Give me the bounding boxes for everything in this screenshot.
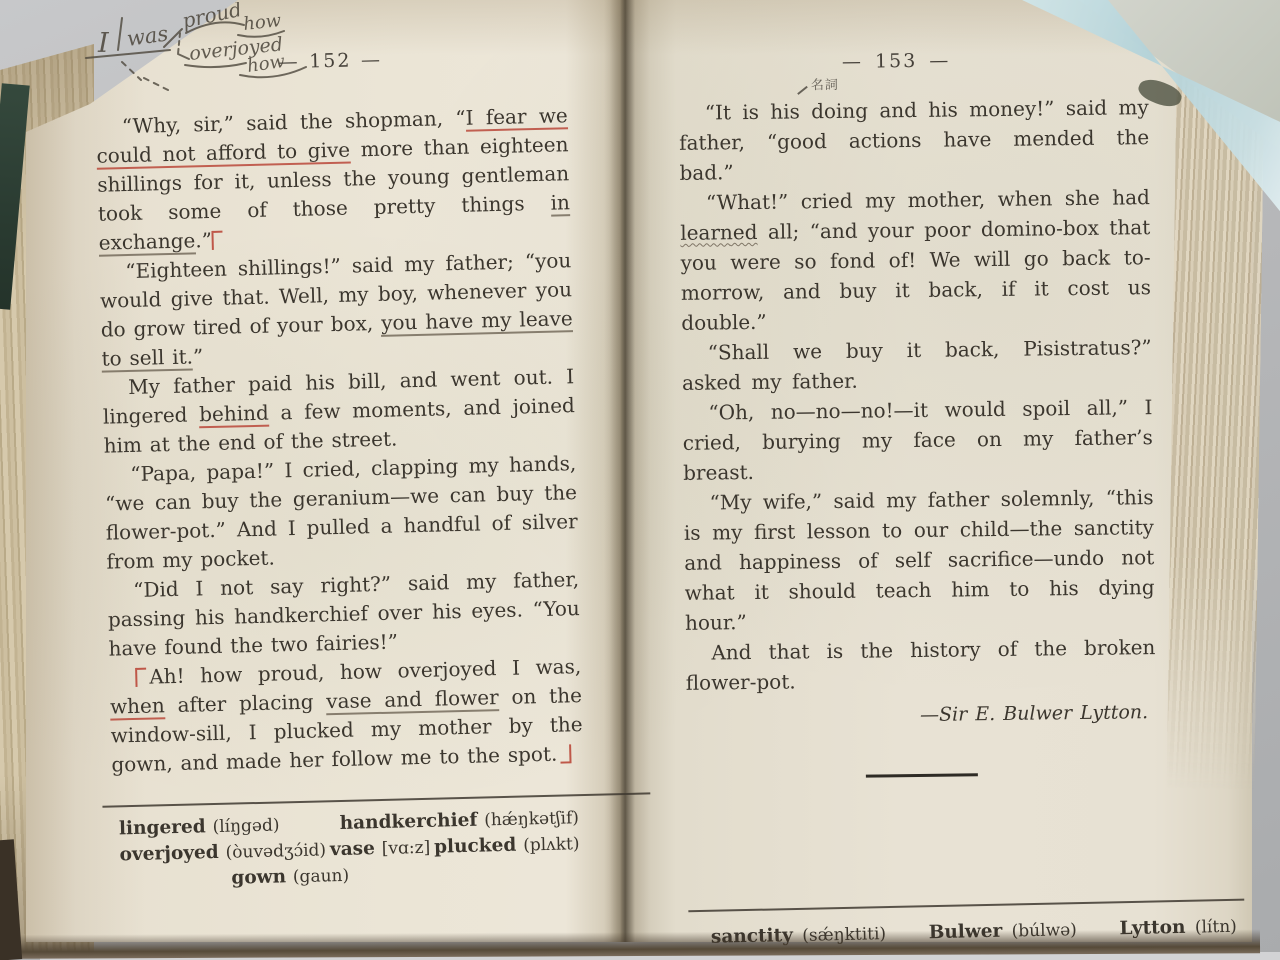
left-page-vocabulary: lingered (líŋgəd)handkerchief (hǽŋkətʃif… bbox=[102, 792, 652, 894]
red-bracket-open bbox=[135, 668, 146, 687]
vocab-word: vase bbox=[330, 838, 375, 860]
diagram-branch-down-dashed bbox=[178, 33, 180, 54]
text-run: “It is his bbox=[705, 99, 812, 124]
diagram-dashed-tail-2 bbox=[144, 78, 168, 90]
vocab-word: overjoyed bbox=[119, 842, 219, 865]
vocab-entry: lingered (líŋgəd) bbox=[119, 812, 280, 842]
paragraph: My father paid his bill, and went out. I… bbox=[102, 362, 576, 461]
diagram-dashed-tail-1 bbox=[122, 62, 141, 80]
vocab-word: plucked bbox=[434, 835, 517, 858]
handwritten-note: 名詞 bbox=[811, 79, 839, 92]
red-bracket-open bbox=[212, 231, 223, 250]
vocab-entry: gown (gaun) bbox=[231, 863, 349, 892]
paragraph: “Oh, no—no—no!—it would spoil all,” I cr… bbox=[682, 392, 1153, 488]
text-run: .” bbox=[195, 228, 212, 252]
paragraph: “Papa, papa!” I cried, clapping my hands… bbox=[104, 449, 579, 576]
diagram-divider-stroke bbox=[118, 18, 122, 50]
vocab-entry: vase [vɑ:z] bbox=[330, 835, 431, 863]
vocab-phonetic: (gaun) bbox=[286, 866, 350, 888]
diagram-branch-bottom-adverb: how bbox=[246, 51, 287, 77]
text-run: “Did I not say right?” said my father, p… bbox=[108, 567, 580, 661]
paragraph: “Shall we buy it back, Pisistratus?” ask… bbox=[682, 332, 1153, 398]
paragraph: “Why, sir,” said the shopman, “I fear we… bbox=[96, 101, 571, 257]
diagram-branch-top-word: proud bbox=[180, 2, 244, 33]
text-run: “Papa, papa!” I cried, clapping my hands… bbox=[105, 451, 578, 573]
vocab-word: lingered bbox=[119, 816, 206, 839]
text-run: “Oh, no—no—no!—it would spoil all,” I cr… bbox=[683, 395, 1153, 485]
paragraph: And that is the history of the broken fl… bbox=[685, 632, 1156, 698]
diagram-branch-down bbox=[178, 54, 189, 59]
vocab-phonetic: (òuvədʒɔ́id) bbox=[218, 840, 326, 863]
book-photo: — 152 — “Why, sir,” said the shopman, “I… bbox=[0, 0, 1280, 960]
marked-text: learned bbox=[680, 220, 758, 245]
marked-text: behind bbox=[199, 401, 269, 429]
marked-text: vase and flower bbox=[326, 685, 499, 715]
paragraph: “Eighteen shillings!” said my father; “y… bbox=[99, 246, 574, 373]
marked-text: doing名詞 bbox=[811, 99, 868, 124]
paragraph: “What!” cried my mother, when she had le… bbox=[680, 182, 1152, 338]
paragraph: “My wife,” said my father solemnly, “thi… bbox=[683, 482, 1155, 638]
vocab-phonetic: [vɑ:z] bbox=[375, 838, 431, 859]
right-page-body: “It is his doing名詞 and his money!” said … bbox=[679, 92, 1156, 698]
text-run: “What!” cried my mother, when she had bbox=[706, 185, 1150, 214]
paragraph: Ah! how proud, how overjoyed I was, when… bbox=[109, 652, 584, 779]
red-bracket-close bbox=[560, 744, 571, 763]
paragraph: “It is his doing名詞 and his money!” said … bbox=[679, 92, 1150, 188]
vocab-phonetic: (hǽŋkətʃif) bbox=[477, 808, 579, 830]
right-page: — 153 — “It is his doing名詞 and his money… bbox=[678, 45, 1159, 949]
vocab-entry: plucked (plʌkt) bbox=[434, 831, 580, 861]
vocab-phonetic: (líŋgəd) bbox=[205, 815, 279, 837]
vocab-word: handkerchief bbox=[339, 810, 477, 834]
text-run: ” bbox=[193, 344, 204, 368]
section-divider-rule bbox=[866, 773, 978, 777]
marked-text: when bbox=[110, 693, 165, 720]
vocab-phonetic: (plʌkt) bbox=[516, 834, 580, 856]
left-page: — 152 — “Why, sir,” said the shopman, “I… bbox=[94, 42, 586, 894]
text-run: And that is the history of the broken fl… bbox=[686, 635, 1156, 695]
paragraph: “Did I not say right?” said my father, p… bbox=[107, 565, 581, 664]
vocab-word: gown bbox=[231, 866, 286, 888]
left-page-body: “Why, sir,” said the shopman, “I fear we… bbox=[96, 101, 584, 779]
text-run: after placing bbox=[164, 689, 326, 717]
page-number-right: — 153 — bbox=[678, 45, 1148, 77]
text-run: “My wife,” said my father solemnly, “thi… bbox=[684, 485, 1155, 635]
text-run: “Shall we buy it back, Pisistratus?” ask… bbox=[682, 335, 1152, 395]
diagram-subject: I bbox=[97, 28, 110, 59]
author-attribution: —Sir E. Bulwer Lytton. bbox=[686, 697, 1156, 733]
handwriting-diagram: I was proud how overjoyed how bbox=[78, 2, 388, 117]
diagram-branch-top-adverb: how bbox=[242, 10, 282, 35]
